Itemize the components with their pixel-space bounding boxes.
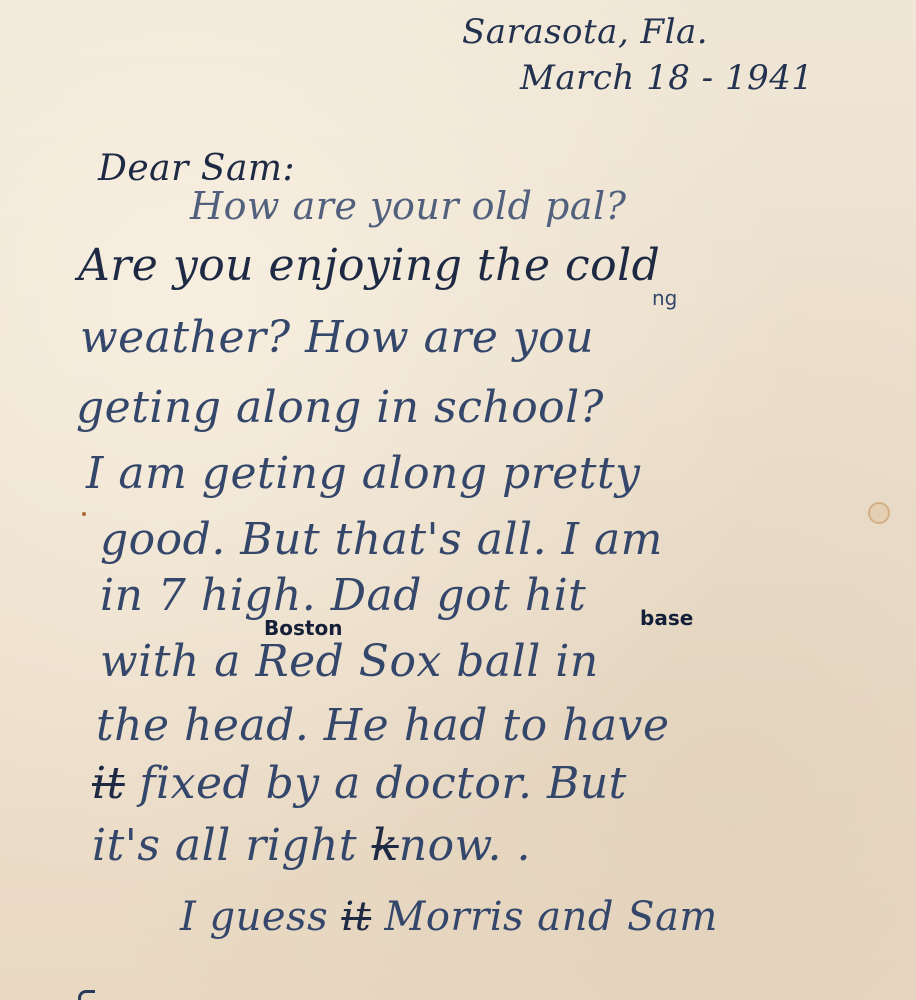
letter-line-6: good. But that's all. I am xyxy=(100,514,663,565)
line-10-rest: fixed by a doctor. But xyxy=(139,758,627,809)
struck-word-it-2: it xyxy=(341,894,371,940)
letter-line-2: Are you enjoying the cold xyxy=(78,240,660,291)
letter-line-12: I guess it Morris and Sam xyxy=(180,894,718,940)
letter-line-10: it fixed by a doctor. But xyxy=(92,758,627,809)
paper-speck xyxy=(82,512,86,516)
letter-date: March 18 - 1941 xyxy=(520,58,813,98)
letter-place: Sarasota, Fla. xyxy=(462,12,708,52)
inserted-ng: ng xyxy=(652,286,677,310)
letter-line-1: How are your old pal? xyxy=(190,184,627,228)
letter-page: Sarasota, Fla. March 18 - 1941 Dear Sam:… xyxy=(0,0,916,1000)
line-12-end: Morris and Sam xyxy=(384,894,717,940)
ink-mark-bottom-edge xyxy=(78,990,95,1000)
letter-line-7: in 7 high. Dad got hit xyxy=(100,570,586,621)
inserted-base: base xyxy=(640,606,693,630)
line-11-end: now. . xyxy=(399,820,531,871)
letter-salutation: Dear Sam: xyxy=(98,148,295,189)
letter-line-4: geting along in school? xyxy=(76,382,604,433)
letter-line-11: it's all right know. . xyxy=(92,820,531,871)
line-12-start: I guess xyxy=(180,894,328,940)
line-11-start: it's all right xyxy=(92,820,357,871)
letter-line-5: I am geting along pretty xyxy=(86,448,641,499)
paper-stain xyxy=(868,502,890,524)
letter-line-3: weather? How are you xyxy=(80,312,594,363)
struck-letter-k: k xyxy=(372,820,399,871)
letter-line-9: the head. He had to have xyxy=(96,700,670,751)
line-8-with: with xyxy=(100,636,200,687)
struck-word-it: it xyxy=(92,758,125,809)
letter-line-8: with a Red Sox ball in xyxy=(100,636,599,687)
line-8-rest: a Red Sox ball in xyxy=(214,636,598,687)
